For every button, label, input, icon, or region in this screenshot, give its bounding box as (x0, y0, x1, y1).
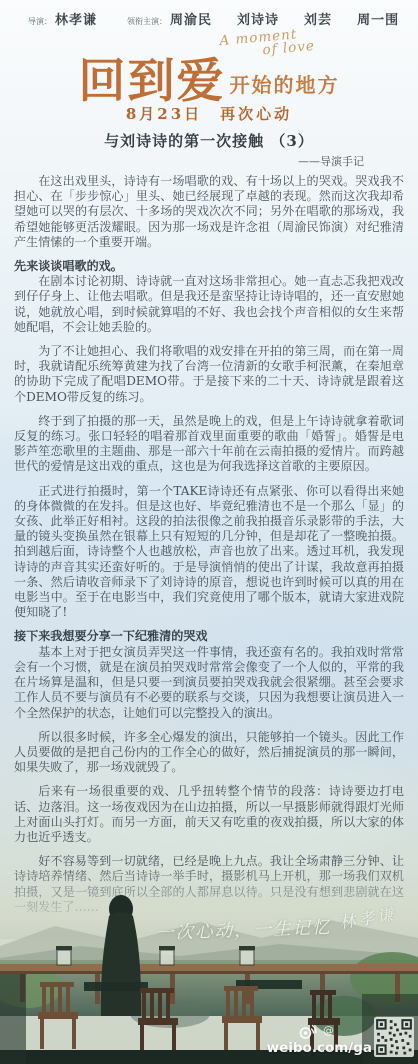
paragraph: 终于到了拍摄的那一天，虽然是晚上的戏，但是上午诗诗就拿着歌词反复的练习。张口轻轻… (14, 414, 404, 475)
movie-still-photo (0, 864, 418, 1064)
star-name: 周渝民 (170, 9, 212, 28)
director-label: 导演： (28, 16, 52, 27)
paragraph: 在剧本讨论初期、诗诗就一直对这场非常担心。她一直忐忑我把戏改到仔仔身上、让他去唱… (14, 274, 404, 335)
movie-title-main: 回到爱 (79, 54, 226, 109)
director-notes-article: 与刘诗诗的第一次接触 （3） ——导演手记 在这出戏里头，诗诗有一场唱歌的戏、有… (14, 130, 404, 915)
article-heading: 与刘诗诗的第一次接触 （3） (14, 130, 404, 151)
movie-title: 回到爱开始的地方 (0, 44, 418, 111)
starring-label: 领衔主演： (127, 16, 167, 27)
paragraph: 基本上对于把女演员弄哭这一件事情，我还蛮有名的。我拍戏时常常会有一个习惯，就是在… (14, 645, 404, 721)
glass-lantern (239, 946, 255, 965)
section-heading: 接下来我想要分享一下纪雅清的哭戏 (14, 629, 404, 644)
star-name: 刘芸 (304, 9, 332, 28)
poster-page: 导演： 林孝谦 领衔主演： 周渝民 刘诗诗 刘芸 周一围 A moment of… (0, 0, 418, 1064)
movie-title-sub: 开始的地方 (230, 73, 340, 97)
weibo-watermark-url: weibo.com/ga (267, 1040, 372, 1056)
star-name: 周一围 (357, 9, 399, 28)
weibo-logo-icon (298, 1023, 318, 1040)
paragraph: 正式进行拍摄时，第一个TAKE诗诗还有点紧张、你可以看得出来她的身体微微的在发抖… (14, 484, 404, 621)
director-name: 林孝谦 (55, 9, 97, 28)
weibo-at-symbol: @ (323, 1024, 334, 1037)
paragraph: 后来有一场很重要的戏、几乎扭转整个情节的段落：诗诗要边打电话、边落泪。这一场夜戏… (14, 784, 404, 845)
paragraph: 在这出戏里头，诗诗有一场唱歌的戏、有十场以上的哭戏。哭戏我不担心、在「步步惊心」… (14, 174, 404, 250)
article-byline: ——导演手记 (14, 153, 364, 169)
glass-lantern (56, 946, 72, 965)
qr-code (374, 1017, 414, 1057)
starring-group: 领衔主演： 周渝民 刘诗诗 刘芸 周一围 (127, 9, 399, 28)
section-heading: 先来谈谈唱歌的戏。 (14, 259, 404, 274)
star-name: 刘诗诗 (237, 9, 279, 28)
photo-scene (0, 864, 418, 1064)
paragraph: 所以很多时候，许多全心爆发的演出，只能够拍一个镜头。因此工作人员要做的是把自己份… (14, 730, 404, 776)
release-date: 8月23日 再次心动 (0, 103, 418, 124)
glass-lantern (159, 946, 175, 965)
paragraph: 为了不让她担心、我们将歌唱的戏安排在开拍的第三周，而在第一周时，我就请配乐统筹黄… (14, 344, 404, 405)
credits-bar: 导演： 林孝谦 领衔主演： 周渝民 刘诗诗 刘芸 周一围 (28, 9, 408, 28)
